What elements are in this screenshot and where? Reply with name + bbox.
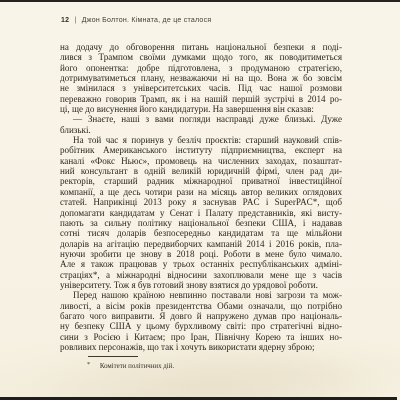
paragraph: — Знаєте, наші з вами погляди насправді … [60, 114, 342, 135]
text-line: нуючи зробити це знову в 2018 році. Робо… [60, 249, 342, 259]
page-number: 12 [61, 17, 69, 24]
text-line: близькі. [60, 125, 342, 135]
paragraph: Перед нашою країною невпинно поставали н… [60, 290, 342, 352]
scanned-book-page: 12 | Джон Болтон. Кімната, де це сталося… [0, 0, 400, 400]
text-line: страціях*, а міжнародні відносини захопл… [60, 270, 342, 280]
text-line: ровливих персонажів, що так і хочуть вик… [60, 342, 342, 352]
text-line: не змінилася з університетських часів. П… [60, 83, 342, 93]
footnote-rule [88, 356, 138, 357]
running-title: Джон Болтон. Кімната, де це сталося [82, 17, 212, 24]
text-line: Але я також працював у трьох останніх ре… [60, 259, 342, 269]
paragraph: На той час я поринув у безліч проєктів: … [60, 135, 342, 290]
text-line: ливості, а вісім років президентства Оба… [60, 301, 342, 311]
text-line: доларів на агітацію передвиборчих кампан… [60, 239, 342, 249]
text-line: на додачу до обговорення питань націонал… [60, 42, 342, 52]
text-line: статей. Наприкінці 2013 року я заснував … [60, 197, 342, 207]
text-line: каналі «Фокс Ньюс», промовець на численн… [60, 156, 342, 166]
running-header: 12 | Джон Болтон. Кімната, де це сталося [61, 17, 343, 24]
text-line: ну безпеку США у цьому бурхливому світі:… [60, 321, 342, 331]
text-line: допомагати кандидатам у Сенат і Палату п… [60, 208, 342, 218]
text-line: сини з Росією і Китаєм; про Іран, Північ… [60, 332, 342, 342]
text-line: дотримуватиметься плану, незважаючи ні н… [60, 73, 342, 83]
header-separator: | [75, 17, 77, 24]
text-line: багато чого виправити. Я довго й напруже… [60, 311, 342, 321]
text-line: пають за сильну політику національної бе… [60, 218, 342, 228]
text-line: лився з Трампом своїми думками щодо того… [60, 52, 342, 62]
text-line: ректорів, старший радник міжнародної при… [60, 176, 342, 186]
text-line: його опонентка: добре підготовлена, з пр… [60, 63, 342, 73]
paragraph: на додачу до обговорення питань націонал… [60, 42, 342, 114]
text-line: університету. Тож я був готовий знову вз… [60, 280, 342, 290]
text-line: ний консультант в одній великій юридичні… [60, 166, 342, 176]
text-line: ці, ще до висунення його кандидатури. На… [60, 104, 342, 114]
footnote-text: Комітети політичних дій. [100, 363, 174, 370]
text-line: — Знаєте, наші з вами погляди насправді … [60, 114, 342, 124]
text-line: робітник Американського інституту підпри… [60, 145, 342, 155]
text-line: сотні тисяч доларів безпосередньо кандид… [60, 228, 342, 238]
body-text: на додачу до обговорення питань націонал… [60, 42, 342, 352]
scan-edge-top [0, 0, 400, 2]
footnote: * Комітети політичних дій. [87, 361, 337, 370]
text-line: На той час я поринув у безліч проєктів: … [60, 135, 342, 145]
footnote-marker: * [87, 361, 90, 368]
text-line: компанії, а ще десь чотири рази на місяц… [60, 187, 342, 197]
text-line: переважно говорив Трамп, як і на нашій п… [60, 94, 342, 104]
text-line: Перед нашою країною невпинно поставали н… [60, 290, 342, 300]
